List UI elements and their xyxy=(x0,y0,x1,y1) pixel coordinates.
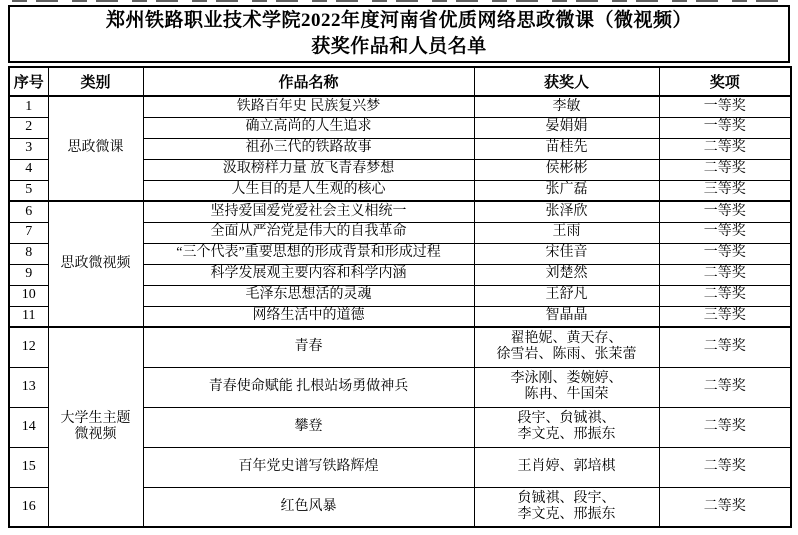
serial-cell: 14 xyxy=(9,407,48,447)
serial-cell: 12 xyxy=(9,327,48,367)
work-title-cell: 坚持爱国爱党爱社会主义相统一 xyxy=(143,201,474,222)
award-cell: 二等奖 xyxy=(659,367,791,407)
category-cell: 大学生主题 微视频 xyxy=(48,327,143,527)
serial-cell: 2 xyxy=(9,117,48,138)
serial-cell: 5 xyxy=(9,180,48,201)
serial-cell: 8 xyxy=(9,243,48,264)
work-title-cell: 全面从严治党是伟大的自我革命 xyxy=(143,222,474,243)
award-cell: 三等奖 xyxy=(659,306,791,327)
awardee-cell: 王雨 xyxy=(474,222,659,243)
awardee-cell: 张泽欣 xyxy=(474,201,659,222)
award-cell: 二等奖 xyxy=(659,159,791,180)
category-cell: 思政微视频 xyxy=(48,201,143,327)
award-cell: 一等奖 xyxy=(659,243,791,264)
award-cell: 二等奖 xyxy=(659,264,791,285)
work-title-cell: 确立高尚的人生追求 xyxy=(143,117,474,138)
award-cell: 二等奖 xyxy=(659,138,791,159)
table-row: 6思政微视频坚持爱国爱党爱社会主义相统一张泽欣一等奖 xyxy=(9,201,791,222)
serial-cell: 7 xyxy=(9,222,48,243)
serial-cell: 4 xyxy=(9,159,48,180)
awardee-cell: 晏娟娟 xyxy=(474,117,659,138)
work-title-cell: 百年党史谱写铁路辉煌 xyxy=(143,447,474,487)
awardee-cell: 宋佳音 xyxy=(474,243,659,264)
work-title-cell: 人生目的是人生观的核心 xyxy=(143,180,474,201)
award-cell: 二等奖 xyxy=(659,407,791,447)
work-title-cell: 青春使命赋能 扎根站场勇做神兵 xyxy=(143,367,474,407)
awardee-cell: 李泳刚、娄婉婷、 陈冉、牛国荣 xyxy=(474,367,659,407)
table-title-line1: 郑州铁路职业技术学院2022年度河南省优质网络思政微课（微视频） xyxy=(106,8,692,34)
header-row: 序号类别作品名称获奖人奖项 xyxy=(9,67,791,96)
award-cell: 二等奖 xyxy=(659,285,791,306)
award-cell: 一等奖 xyxy=(659,222,791,243)
work-title-cell: 祖孙三代的铁路故事 xyxy=(143,138,474,159)
serial-cell: 16 xyxy=(9,487,48,527)
awardee-cell: 智晶晶 xyxy=(474,306,659,327)
table-header: 序号类别作品名称获奖人奖项 xyxy=(9,67,791,96)
awardee-cell: 苗桂先 xyxy=(474,138,659,159)
screenshot-root: 郑州铁路职业技术学院2022年度河南省优质网络思政微课（微视频） 获奖作品和人员… xyxy=(0,0,798,535)
column-header: 类别 xyxy=(48,67,143,96)
work-title-cell: 青春 xyxy=(143,327,474,367)
awardee-cell: 侯彬彬 xyxy=(474,159,659,180)
serial-cell: 13 xyxy=(9,367,48,407)
awardee-cell: 张广磊 xyxy=(474,180,659,201)
column-header: 奖项 xyxy=(659,67,791,96)
awardee-cell: 王肖婷、郭培棋 xyxy=(474,447,659,487)
awardee-cell: 刘楚然 xyxy=(474,264,659,285)
table-body: 1思政微课铁路百年史 民族复兴梦李敏一等奖2确立高尚的人生追求晏娟娟一等奖3祖孙… xyxy=(9,96,791,527)
table-title-line2: 获奖作品和人员名单 xyxy=(311,34,487,60)
work-title-cell: 铁路百年史 民族复兴梦 xyxy=(143,96,474,117)
serial-cell: 11 xyxy=(9,306,48,327)
award-cell: 一等奖 xyxy=(659,201,791,222)
award-cell: 一等奖 xyxy=(659,96,791,117)
work-title-cell: 网络生活中的道德 xyxy=(143,306,474,327)
work-title-cell: 科学发展观主要内容和科学内涵 xyxy=(143,264,474,285)
award-cell: 三等奖 xyxy=(659,180,791,201)
work-title-cell: 汲取榜样力量 放飞青春梦想 xyxy=(143,159,474,180)
award-cell: 一等奖 xyxy=(659,117,791,138)
serial-cell: 9 xyxy=(9,264,48,285)
awardee-cell: 段宇、贠铖祺、 李文克、邢振东 xyxy=(474,407,659,447)
column-header: 获奖人 xyxy=(474,67,659,96)
work-title-cell: 红色风暴 xyxy=(143,487,474,527)
serial-cell: 1 xyxy=(9,96,48,117)
awardee-cell: 贠铖祺、段宇、 李文克、邢振东 xyxy=(474,487,659,527)
screen-edge-artifact xyxy=(12,0,782,2)
award-cell: 二等奖 xyxy=(659,327,791,367)
work-title-cell: “三个代表”重要思想的形成背景和形成过程 xyxy=(143,243,474,264)
award-cell: 二等奖 xyxy=(659,487,791,527)
serial-cell: 3 xyxy=(9,138,48,159)
awardee-cell: 李敏 xyxy=(474,96,659,117)
column-header: 作品名称 xyxy=(143,67,474,96)
column-header: 序号 xyxy=(9,67,48,96)
serial-cell: 10 xyxy=(9,285,48,306)
table-title: 郑州铁路职业技术学院2022年度河南省优质网络思政微课（微视频） 获奖作品和人员… xyxy=(8,5,790,63)
award-cell: 二等奖 xyxy=(659,447,791,487)
table-row: 12大学生主题 微视频青春翟艳妮、黄天存、 徐雪岩、陈雨、张茉蕾二等奖 xyxy=(9,327,791,367)
awardee-cell: 翟艳妮、黄天存、 徐雪岩、陈雨、张茉蕾 xyxy=(474,327,659,367)
table-row: 1思政微课铁路百年史 民族复兴梦李敏一等奖 xyxy=(9,96,791,117)
awards-table: 序号类别作品名称获奖人奖项 1思政微课铁路百年史 民族复兴梦李敏一等奖2确立高尚… xyxy=(8,66,792,528)
awards-sheet: 郑州铁路职业技术学院2022年度河南省优质网络思政微课（微视频） 获奖作品和人员… xyxy=(8,5,790,528)
awardee-cell: 王舒凡 xyxy=(474,285,659,306)
category-cell: 思政微课 xyxy=(48,96,143,201)
serial-cell: 6 xyxy=(9,201,48,222)
work-title-cell: 攀登 xyxy=(143,407,474,447)
serial-cell: 15 xyxy=(9,447,48,487)
work-title-cell: 毛泽东思想活的灵魂 xyxy=(143,285,474,306)
